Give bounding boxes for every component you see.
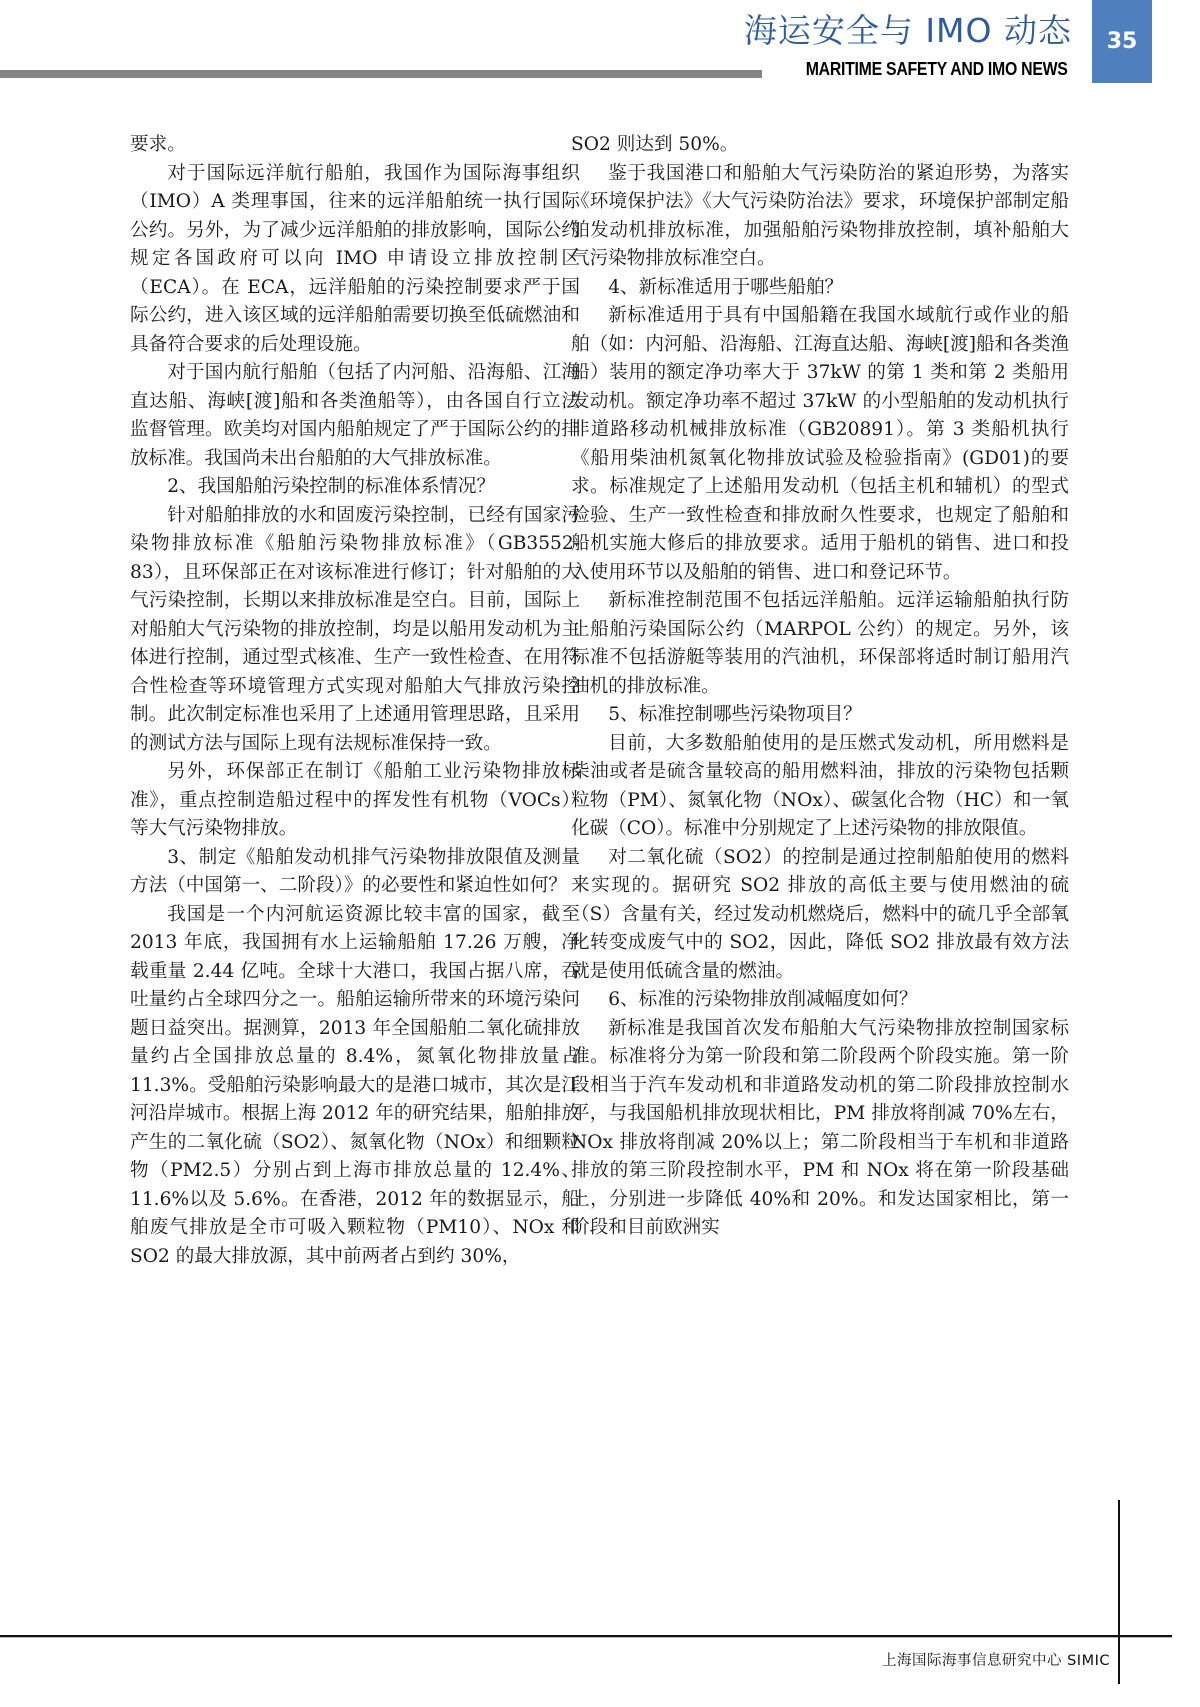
- paragraph: 我国是一个内河航运资源比较丰富的国家，截至 2013 年底，我国拥有水上运输船舶…: [130, 901, 580, 1272]
- section-heading: 5、标准控制哪些污染物项目？: [571, 701, 1069, 730]
- paragraph: 要求。: [130, 131, 580, 160]
- section-heading: 3、制定《船舶发动机排气污染物排放限值及测量方法（中国第一、二阶段）》的必要性和…: [130, 844, 580, 901]
- section-heading: 6、标准的污染物排放削减幅度如何？: [571, 986, 1069, 1015]
- paragraph: 对于国内航行船舶（包括了内河船、沿海船、江海直达船、海峡[渡]船和各类渔船等），…: [130, 359, 580, 473]
- left-column: 要求。 对于国际远洋航行船舶，我国作为国际海事组织（IMO）A 类理事国，往来的…: [130, 131, 580, 1271]
- paragraph: 新标准是我国首次发布船舶大气污染物排放控制国家标准。标准将分为第一阶段和第二阶段…: [571, 1015, 1069, 1243]
- paragraph: 鉴于我国港口和船舶大气污染防治的紧迫形势，为落实《环境保护法》《大气污染防治法》…: [571, 160, 1069, 274]
- footer-organization: 上海国际海事信息研究中心 SIMIC: [882, 1649, 1110, 1670]
- page-number: 35: [1107, 29, 1138, 54]
- paragraph: 对于国际远洋航行船舶，我国作为国际海事组织（IMO）A 类理事国，往来的远洋船舶…: [130, 160, 580, 360]
- page-number-badge: 35: [1092, 0, 1152, 83]
- footer-vertical-rule: [1118, 1500, 1120, 1684]
- paragraph: 新标准适用于具有中国船籍在我国水域航行或作业的船舶（如：内河船、沿海船、江海直达…: [571, 302, 1069, 587]
- header-divider-bar: [0, 70, 762, 78]
- paragraph: 新标准控制范围不包括远洋船舶。远洋运输船舶执行防止船舶污染国际公约（MARPOL…: [571, 587, 1069, 701]
- right-column: SO2 则达到 50%。 鉴于我国港口和船舶大气污染防治的紧迫形势，为落实《环境…: [571, 131, 1069, 1243]
- journal-subtitle: MARITIME SAFETY AND IMO NEWS: [806, 59, 1068, 80]
- paragraph: 目前，大多数船舶使用的是压燃式发动机，所用燃料是柴油或者是硫含量较高的船用燃料油…: [571, 730, 1069, 844]
- paragraph: 对二氧化硫（SO2）的控制是通过控制船舶使用的燃料来实现的。据研究 SO2 排放…: [571, 844, 1069, 987]
- paragraph: 另外，环保部正在制订《船舶工业污染物排放标准》，重点控制造船过程中的挥发性有机物…: [130, 758, 580, 844]
- footer-divider-shadow: [0, 1637, 1172, 1638]
- section-heading: 4、新标准适用于哪些船舶？: [571, 274, 1069, 303]
- journal-title: 海运安全与 IMO 动态: [744, 14, 1072, 47]
- paragraph: SO2 则达到 50%。: [571, 131, 1069, 160]
- paragraph: 针对船舶排放的水和固废污染控制，已经有国家污染物排放标准《船舶污染物排放标准》（…: [130, 502, 580, 759]
- section-heading: 2、我国船舶污染控制的标准体系情况？: [130, 473, 580, 502]
